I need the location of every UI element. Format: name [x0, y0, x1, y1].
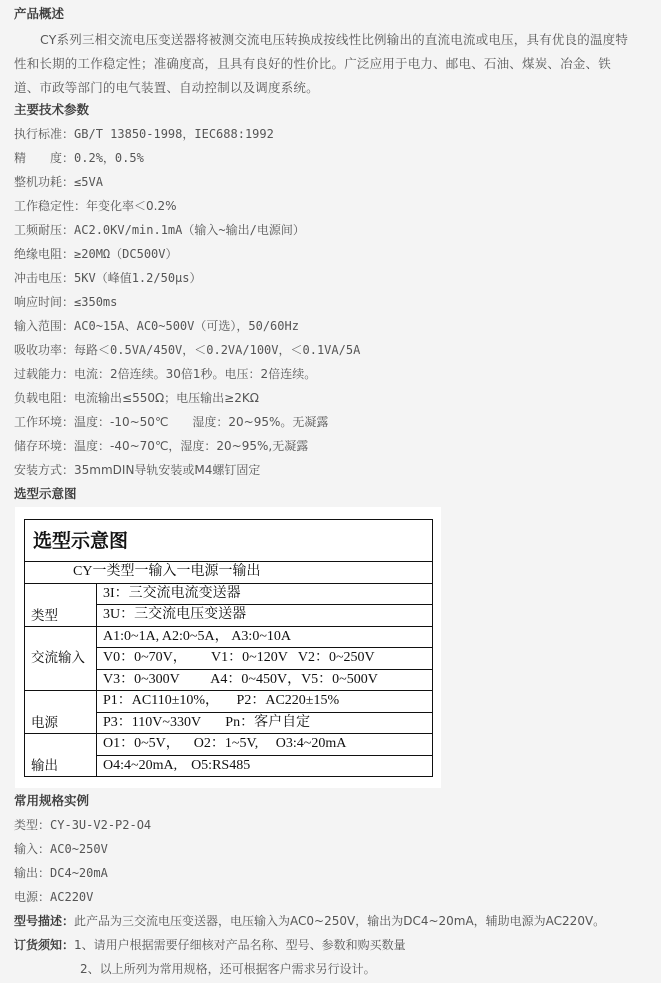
category-ac-input: 交流输入 [25, 626, 97, 691]
overview-line-1: CY系列三相交流电压变送器将被测交流电压转换成按线性比例输出的直流电流或电压，具… [14, 28, 654, 52]
selection-diagram-image: 选型示意图 CY一类型一输入一电源一输出 类型 3I：三交流电流变送器 3U：三… [15, 507, 441, 788]
overview-heading: 产品概述 [14, 6, 64, 22]
example-item-power: 电源：AC220V [14, 889, 93, 905]
example-item-output: 输出：DC4~20mA [14, 865, 108, 881]
spec-item: 安装方式：35mmDIN导轨安装或M4螺钉固定 [14, 462, 260, 478]
spec-item: 输入范围：AC0~15A、AC0~500V（可选），50/60Hz [14, 318, 299, 334]
order-notes-label: 订货须知： [14, 938, 74, 952]
spec-item: 工频耐压：AC2.0KV/min.1mA（输入~输出/电源间） [14, 222, 305, 238]
option-row: O4:4~20mA, O5:RS485 [97, 755, 433, 777]
category-type: 类型 [25, 583, 97, 626]
selection-table: 选型示意图 CY一类型一输入一电源一输出 类型 3I：三交流电流变送器 3U：三… [24, 519, 433, 777]
order-note-2: 2、以上所列为常用规格，还可根据客户需求另行设计。 [80, 961, 376, 977]
category-power: 电源 [25, 691, 97, 734]
spec-item: 过载能力：电流：2倍连续。30倍1秒。电压：2倍连续。 [14, 366, 316, 382]
example-heading: 常用规格实例 [14, 793, 89, 809]
example-item-input: 输入：AC0~250V [14, 841, 108, 857]
selection-table-title: 选型示意图 [25, 520, 433, 562]
overview-line-3: 道、市政等部门的电气装置、自动控制以及调度系统。 [14, 76, 654, 100]
spec-item: 精 度：0.2%，0.5% [14, 150, 144, 166]
spec-item: 负载电阻：电流输出≤550Ω；电压输出≥2KΩ [14, 390, 259, 406]
model-description-label: 型号描述： [14, 914, 74, 928]
option-row: A1:0~1A, A2:0~5A， A3:0~10A [97, 626, 433, 648]
option-row: 3I：三交流电流变送器 [97, 583, 433, 605]
selection-heading: 选型示意图 [14, 486, 77, 502]
option-row: V3：0~300V A4：0~450V，V5：0~500V [97, 669, 433, 691]
spec-item: 工作稳定性：年变化率＜0.2% [14, 198, 177, 214]
spec-item: 储存环境：温度：-40~70℃，湿度：20~95%,无凝露 [14, 438, 308, 454]
overview-paragraph: CY系列三相交流电压变送器将被测交流电压转换成按线性比例输出的直流电流或电压，具… [14, 28, 654, 100]
option-row: P1：AC110±10%， P2：AC220±15% [97, 691, 433, 713]
spec-item: 绝缘电阻：≥20MΩ（DC500V） [14, 246, 178, 262]
selection-table-subtitle: CY一类型一输入一电源一输出 [25, 562, 433, 584]
example-item-type: 类型：CY-3U-V2-P2-O4 [14, 817, 151, 833]
option-row: V0：0~70V， V1：0~120V V2：0~250V [97, 648, 433, 670]
specs-heading: 主要技术参数 [14, 102, 89, 118]
order-notes: 订货须知：1、请用户根据需要仔细核对产品名称、型号、参数和购买数量 [14, 937, 406, 953]
spec-item: 冲击电压：5KV（峰值1.2/50μs） [14, 270, 202, 286]
option-row: P3：110V~330V Pn：客户自定 [97, 712, 433, 734]
category-output: 输出 [25, 734, 97, 777]
option-row: O1：0~5V， O2：1~5V, O3:4~20mA [97, 734, 433, 756]
overview-line-2: 性和长期的工作稳定性；准确度高，且具有良好的性价比。广泛应用于电力、邮电、石油、… [14, 52, 654, 76]
option-row: 3U：三交流电压变送器 [97, 605, 433, 627]
spec-item: 执行标准：GB/T 13850-1998，IEC688:1992 [14, 126, 274, 142]
order-note-1: 1、请用户根据需要仔细核对产品名称、型号、参数和购买数量 [74, 938, 406, 952]
spec-item: 工作环境：温度：-10~50℃ 湿度：20~95%。无凝露 [14, 414, 328, 430]
model-description-text: 此产品为三交流电压变送器，电压输入为AC0~250V，输出为DC4~20mA，辅… [74, 914, 605, 928]
spec-item: 整机功耗：≤5VA [14, 174, 103, 190]
spec-item: 响应时间：≤350ms [14, 294, 117, 310]
spec-item: 吸收功率：每路＜0.5VA/450V，＜0.2VA/100V，＜0.1VA/5A [14, 342, 360, 358]
model-description: 型号描述：此产品为三交流电压变送器，电压输入为AC0~250V，输出为DC4~2… [14, 913, 605, 929]
